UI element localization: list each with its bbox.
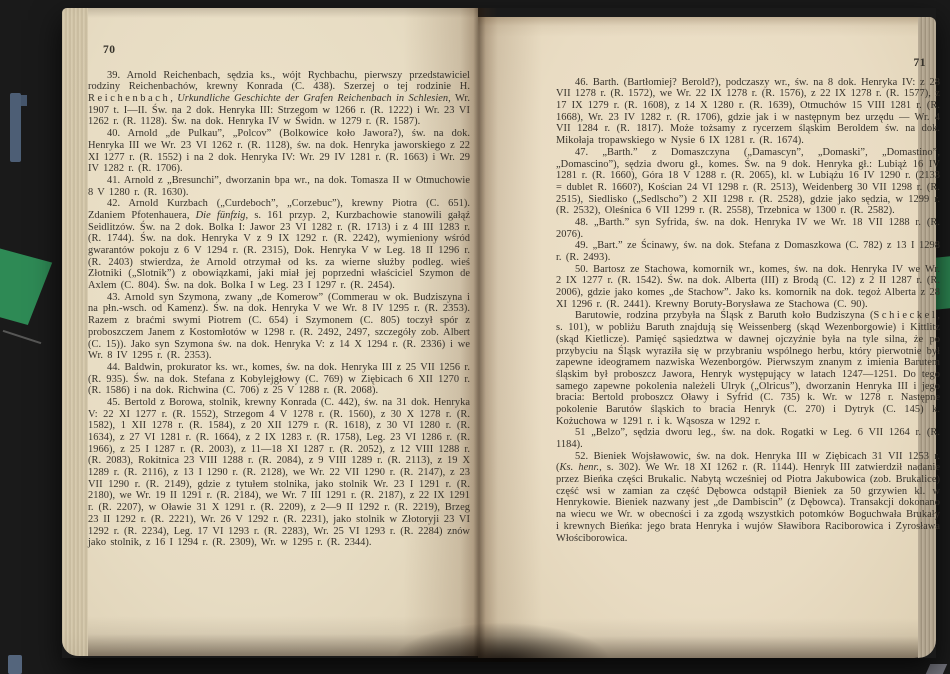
thin-line-left [3,330,42,344]
text-segment: , s. 101), w pobliżu Baruth znajdują się… [556,310,940,426]
paragraph-entry: 42. Arnold Kurzbach („Curdeboch”, „Corze… [88,198,470,292]
blue-gray-bar-nub [21,95,27,106]
paragraph-entry: 41. Arnold z „Bresunchi”, dworzanin bpa … [88,175,470,198]
page-number-70: 70 [88,45,470,57]
paragraph-entry: 46. Barth. (Bartłomiej? Berold?), podcza… [556,77,940,147]
paragraph-entry: 43. Arnold syn Szymona, zwany „de Komero… [88,292,470,362]
text-segment: 45. Bertold z Borowa, stolnik, krewny Ko… [88,397,470,548]
book-page-71: 71 46. Barth. (Bartłomiej? Berold?), pod… [478,17,936,658]
book-page-70: 70 39. Arnold Reichenbach, sędzia ks., w… [62,8,478,656]
italic-work-title: Urkundliche Geschichte der Grafen Reiche… [177,93,451,104]
paragraph-entry: 52. Bieniek Wojsławowic, św. na dok. Hen… [556,451,940,545]
page-70-paragraphs: 39. Arnold Reichenbach, sędzia ks., wójt… [88,70,470,549]
text-segment: s. 302). We Wr. 18 XI 1262 r. (R. 1144).… [556,462,940,543]
text-segment: 44. Baldwin, prokurator ks. wr., komes, … [88,362,470,396]
green-object-left [0,247,58,325]
text-segment: Barutowie, rodzina przybyła na Śląsk z B… [575,310,874,321]
text-segment: 51 „Belzo”, sędzia dworu leg., św. na do… [556,427,940,450]
paragraph-entry: 47. „Barth.” z Domaszczyna („Damascyn”, … [556,147,940,217]
italic-work-title: Die fünfzig, [196,210,249,221]
blue-gray-bar-left [10,93,21,162]
paragraph-entry: 44. Baldwin, prokurator ks. wr., komes, … [88,362,470,397]
text-segment: 48. „Barth.” syn Syfrida, św. na dok. He… [556,217,940,240]
text-segment: 41. Arnold z „Bresunchi”, dworzanin bpa … [88,175,470,198]
italic-work-title: Ks. henr., [560,462,602,473]
paragraph-entry: Barutowie, rodzina przybyła na Śląsk z B… [556,310,940,427]
blue-gray-square-bottom-left [8,655,22,674]
text-segment: 39. Arnold Reichenbach, sędzia ks., wójt… [88,70,470,93]
paragraph-entry: 51 „Belzo”, sędzia dworu leg., św. na do… [556,427,940,450]
text-segment: 43. Arnold syn Szymona, zwany „de Komero… [88,292,470,361]
page-number-71: 71 [556,58,940,70]
text-segment: s. 161 przyp. 2, Kurzbachowie stanowili … [88,210,470,291]
page-71-paragraphs: 46. Barth. (Bartłomiej? Berold?), podcza… [556,77,940,545]
text-segment: 50. Bartosz ze Stachowa, komornik wr., k… [556,264,940,310]
paragraph-entry: 39. Arnold Reichenbach, sędzia ks., wójt… [88,70,470,128]
text-segment: 47. „Barth.” z Domaszczyna („Damascyn”, … [556,147,940,216]
paragraph-entry: 45. Bertold z Borowa, stolnik, krewny Ko… [88,397,470,549]
open-book: 70 39. Arnold Reichenbach, sędzia ks., w… [62,8,936,658]
paragraph-entry: 50. Bartosz ze Stachowa, komornik wr., k… [556,264,940,311]
book-gutter-bottom-shadow [392,622,612,662]
paragraph-entry: 40. Arnold „de Pulkau”, „Polcov” (Bolkow… [88,128,470,175]
paragraph-entry: 49. „Bart.” ze Ścinawy, św. na dok. Stef… [556,240,940,263]
paragraph-entry: 48. „Barth.” syn Syfrida, św. na dok. He… [556,217,940,240]
text-segment: Schieckel [874,310,938,321]
book-gutter-shadow [460,8,498,658]
page-71-text-column: 71 46. Barth. (Bartłomiej? Berold?), pod… [556,58,940,544]
text-segment: Reichenbach [88,93,170,104]
gray-sliver-bottom-right [926,664,947,674]
page-stack-fore-edge-left [62,8,88,656]
text-segment: 40. Arnold „de Pulkau”, „Polcov” (Bolkow… [88,128,470,174]
book-photo-scene: { "colors": { "background": "#1a1a1a", "… [0,0,950,674]
text-segment: 49. „Bart.” ze Ścinawy, św. na dok. Stef… [556,240,940,263]
text-segment: 46. Barth. (Bartłomiej? Berold?), podcza… [556,77,940,146]
page-70-text-column: 70 39. Arnold Reichenbach, sędzia ks., w… [88,45,470,549]
